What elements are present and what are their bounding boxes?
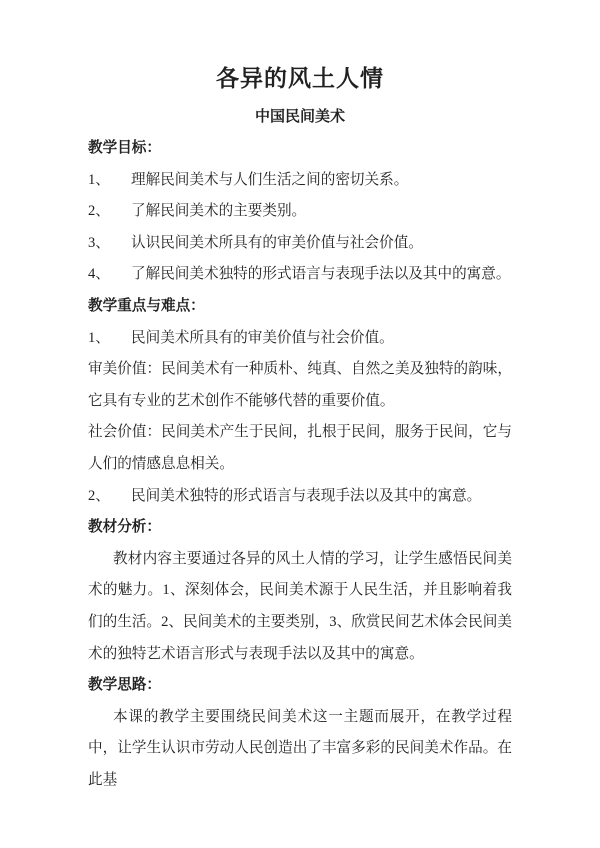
- page-subtitle: 中国民间美术: [88, 101, 512, 133]
- paragraph-teaching-approach: 本课的教学主要围绕民间美术这一主题而展开，在教学过程中，让学生认识市劳动人民创造…: [88, 702, 512, 797]
- list-item-number: 1、: [88, 323, 131, 355]
- list-item-text: 了解民间美术的主要类别。: [131, 203, 306, 219]
- list-item-number: 3、: [88, 228, 131, 260]
- list-item: 2、了解民间美术的主要类别。: [88, 196, 512, 228]
- list-item: 3、认识民间美术所具有的审美价值与社会价值。: [88, 228, 512, 260]
- paragraph-aesthetic-value: 审美价值：民间美术有一种质朴、纯真、自然之美及独特的韵味，它具有专业的艺术创作不…: [88, 354, 512, 417]
- paragraph-material-analysis: 教材内容主要通过各异的风土人情的学习，让学生感悟民间美术的魅力。1、深刻体会，民…: [88, 544, 512, 670]
- list-item-number: 4、: [88, 259, 131, 291]
- list-item-number: 1、: [88, 165, 131, 197]
- list-item-text: 民间美术所具有的审美价值与社会价值。: [131, 330, 394, 346]
- list-item: 1、民间美术所具有的审美价值与社会价值。: [88, 323, 512, 355]
- list-item: 1、理解民间美术与人们生活之间的密切关系。: [88, 165, 512, 197]
- list-item-text: 民间美术独特的形式语言与表现手法以及其中的寓意。: [131, 488, 481, 504]
- section-heading-objectives: 教学目标：: [88, 133, 512, 165]
- list-item-text: 认识民间美术所具有的审美价值与社会价值。: [131, 235, 423, 251]
- list-item-text: 理解民间美术与人们生活之间的密切关系。: [131, 172, 408, 188]
- list-item-text: 了解民间美术独特的形式语言与表现手法以及其中的寓意。: [131, 266, 510, 282]
- paragraph-social-value: 社会价值：民间美术产生于民间，扎根于民间，服务于民间，它与人们的情感息息相关。: [88, 417, 512, 480]
- section-heading-material-analysis: 教材分析：: [88, 512, 512, 544]
- document-page: 各异的风土人情 中国民间美术 教学目标： 1、理解民间美术与人们生活之间的密切关…: [0, 0, 600, 848]
- section-heading-teaching-approach: 教学思路：: [88, 670, 512, 702]
- page-title: 各异的风土人情: [88, 56, 512, 101]
- list-item: 2、民间美术独特的形式语言与表现手法以及其中的寓意。: [88, 481, 512, 513]
- list-item-number: 2、: [88, 481, 131, 513]
- list-item: 4、了解民间美术独特的形式语言与表现手法以及其中的寓意。: [88, 259, 512, 291]
- list-item-number: 2、: [88, 196, 131, 228]
- section-heading-key-points: 教学重点与难点：: [88, 291, 512, 323]
